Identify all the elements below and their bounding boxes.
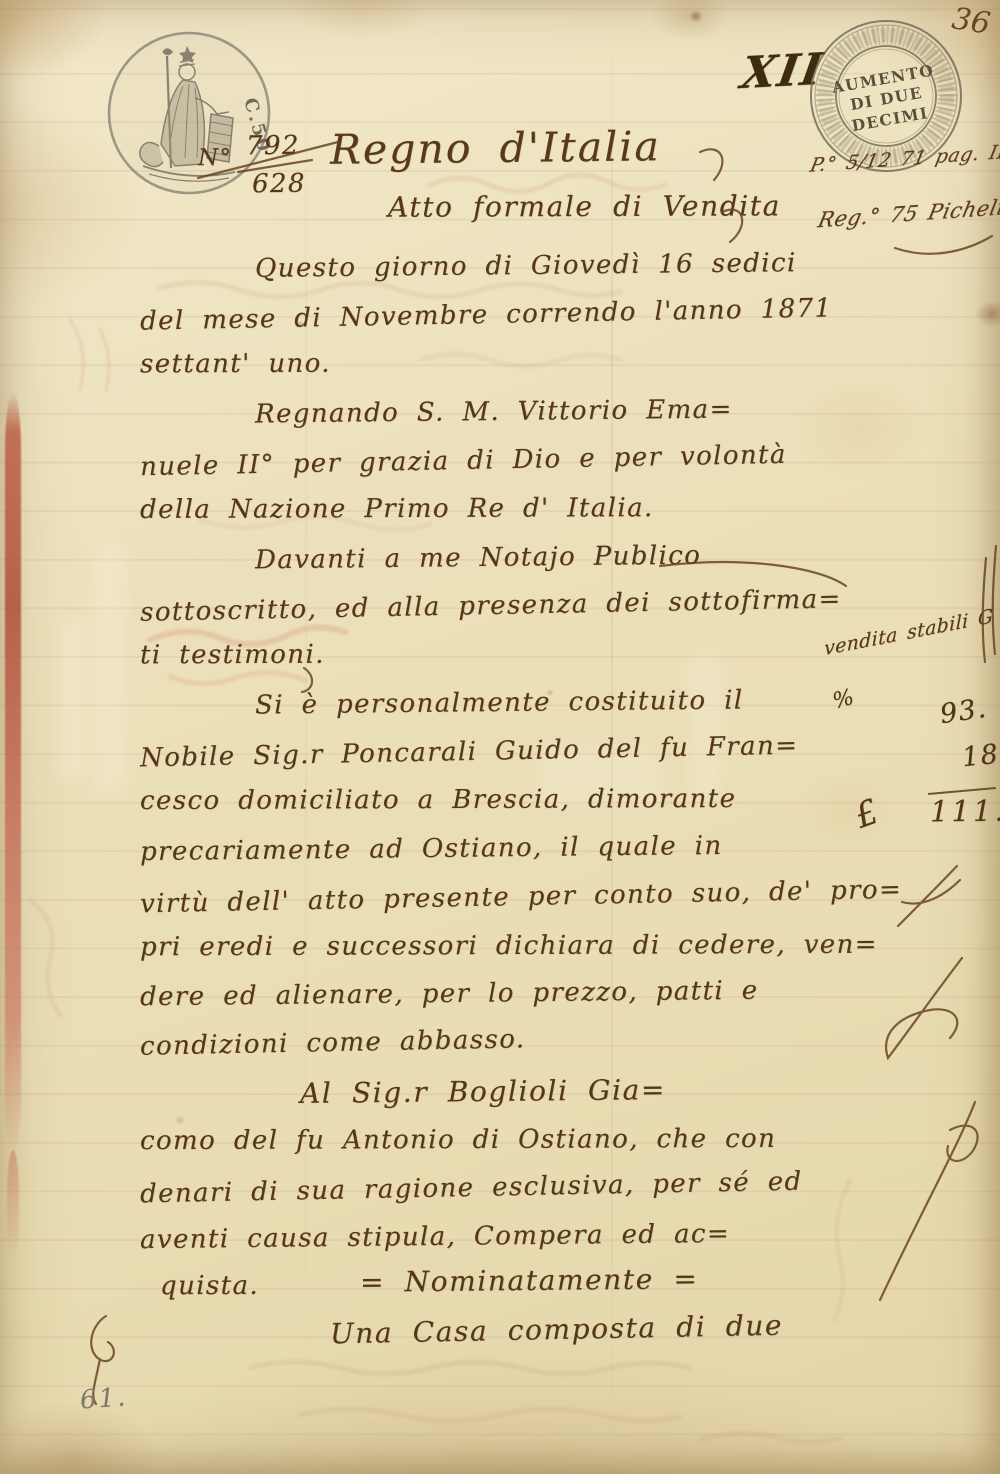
margin-currency-symbol: £ xyxy=(850,793,884,836)
manuscript-line: = Nominatamente = xyxy=(360,1264,699,1298)
manuscript-line: como del fu Antonio di Ostiano, che con xyxy=(140,1125,776,1156)
margin-permille-mark: % xyxy=(830,686,858,715)
red-binding-edge xyxy=(7,1150,19,1260)
paraph-flourish xyxy=(886,958,962,1058)
title-swash xyxy=(700,149,722,180)
manuscript-line: denari di sua ragione esclusiva, per sé … xyxy=(140,1168,803,1209)
pencil-page-number: 61. xyxy=(79,1382,128,1415)
manuscript-line: dere ed alienare, per lo prezzo, patti e xyxy=(140,977,759,1012)
manuscript-line: del mese di Novembre correndo l'anno 187… xyxy=(140,294,833,336)
signature-underline xyxy=(895,236,992,254)
manuscript-line: ti testimoni. xyxy=(140,641,325,670)
manuscript-line: condizioni come abbasso. xyxy=(140,1025,526,1061)
manuscript-page: C.50 XII 36 AUMENTO DI DUE DECIMI P.° 5/… xyxy=(0,0,1000,1474)
manuscript-line: Questo giorno di Giovedì 16 sedici xyxy=(255,249,797,283)
manuscript-line: Al Sig.r Boglioli Gia= xyxy=(300,1075,666,1110)
manuscript-line: Davanti a me Notajo Publico xyxy=(255,542,702,575)
margin-figure-2: 18. xyxy=(961,739,1000,773)
manuscript-line: sottoscritto, ed alla presenza dei sotto… xyxy=(140,585,842,627)
manuscript-line: della Nazione Primo Re d' Italia. xyxy=(140,494,654,524)
word-curl xyxy=(302,668,312,692)
margin-figure-1: 93. xyxy=(938,694,989,730)
manuscript-line: settant' uno. xyxy=(140,350,331,379)
act-title: Atto formale di Vendita xyxy=(388,191,781,223)
manuscript-line: Si è personalmente costituito il xyxy=(255,686,744,720)
manuscript-line: aventi causa stipula, Compera ed ac= xyxy=(140,1220,730,1255)
margin-sale-note: vendita stabili G £ 310 xyxy=(824,593,1000,660)
registration-note-line2: Reg.° 75 Pichelici xyxy=(816,195,1000,233)
manuscript-line: virtù dell' atto presente per conto suo,… xyxy=(140,876,903,919)
manuscript-line: pri eredi e successori dichiara di ceder… xyxy=(140,931,878,962)
manuscript-line: nuele II° per grazia di Dio e per volont… xyxy=(140,441,787,482)
manuscript-line: cesco domiciliato a Brescia, dimorante xyxy=(140,785,736,816)
watermark-fragment xyxy=(688,655,722,800)
kingdom-title: Regno d'Italia xyxy=(330,124,661,173)
manuscript-line: Una Casa composta di due xyxy=(330,1311,784,1350)
red-binding-edge xyxy=(5,392,21,1154)
act-number-denominator: 628 xyxy=(252,170,306,199)
margin-total-figure: 111. xyxy=(930,796,1000,829)
act-number-numerator: 792 xyxy=(246,132,300,161)
act-number-prefix: N° xyxy=(198,146,233,172)
margin-pen-stroke xyxy=(993,546,996,654)
paraph-flourish xyxy=(898,866,960,926)
watermark-fragment xyxy=(92,545,126,795)
paraph-flourish xyxy=(880,1102,978,1300)
manuscript-line: quista. xyxy=(160,1272,259,1301)
manuscript-line: precariamente ad Ostiano, il quale in xyxy=(140,832,723,867)
watermark-fragment xyxy=(58,620,86,780)
revenue-stamp-seal: C.50 xyxy=(103,28,275,200)
manuscript-line: Regnando S. M. Vittorio Ema= xyxy=(255,395,733,429)
